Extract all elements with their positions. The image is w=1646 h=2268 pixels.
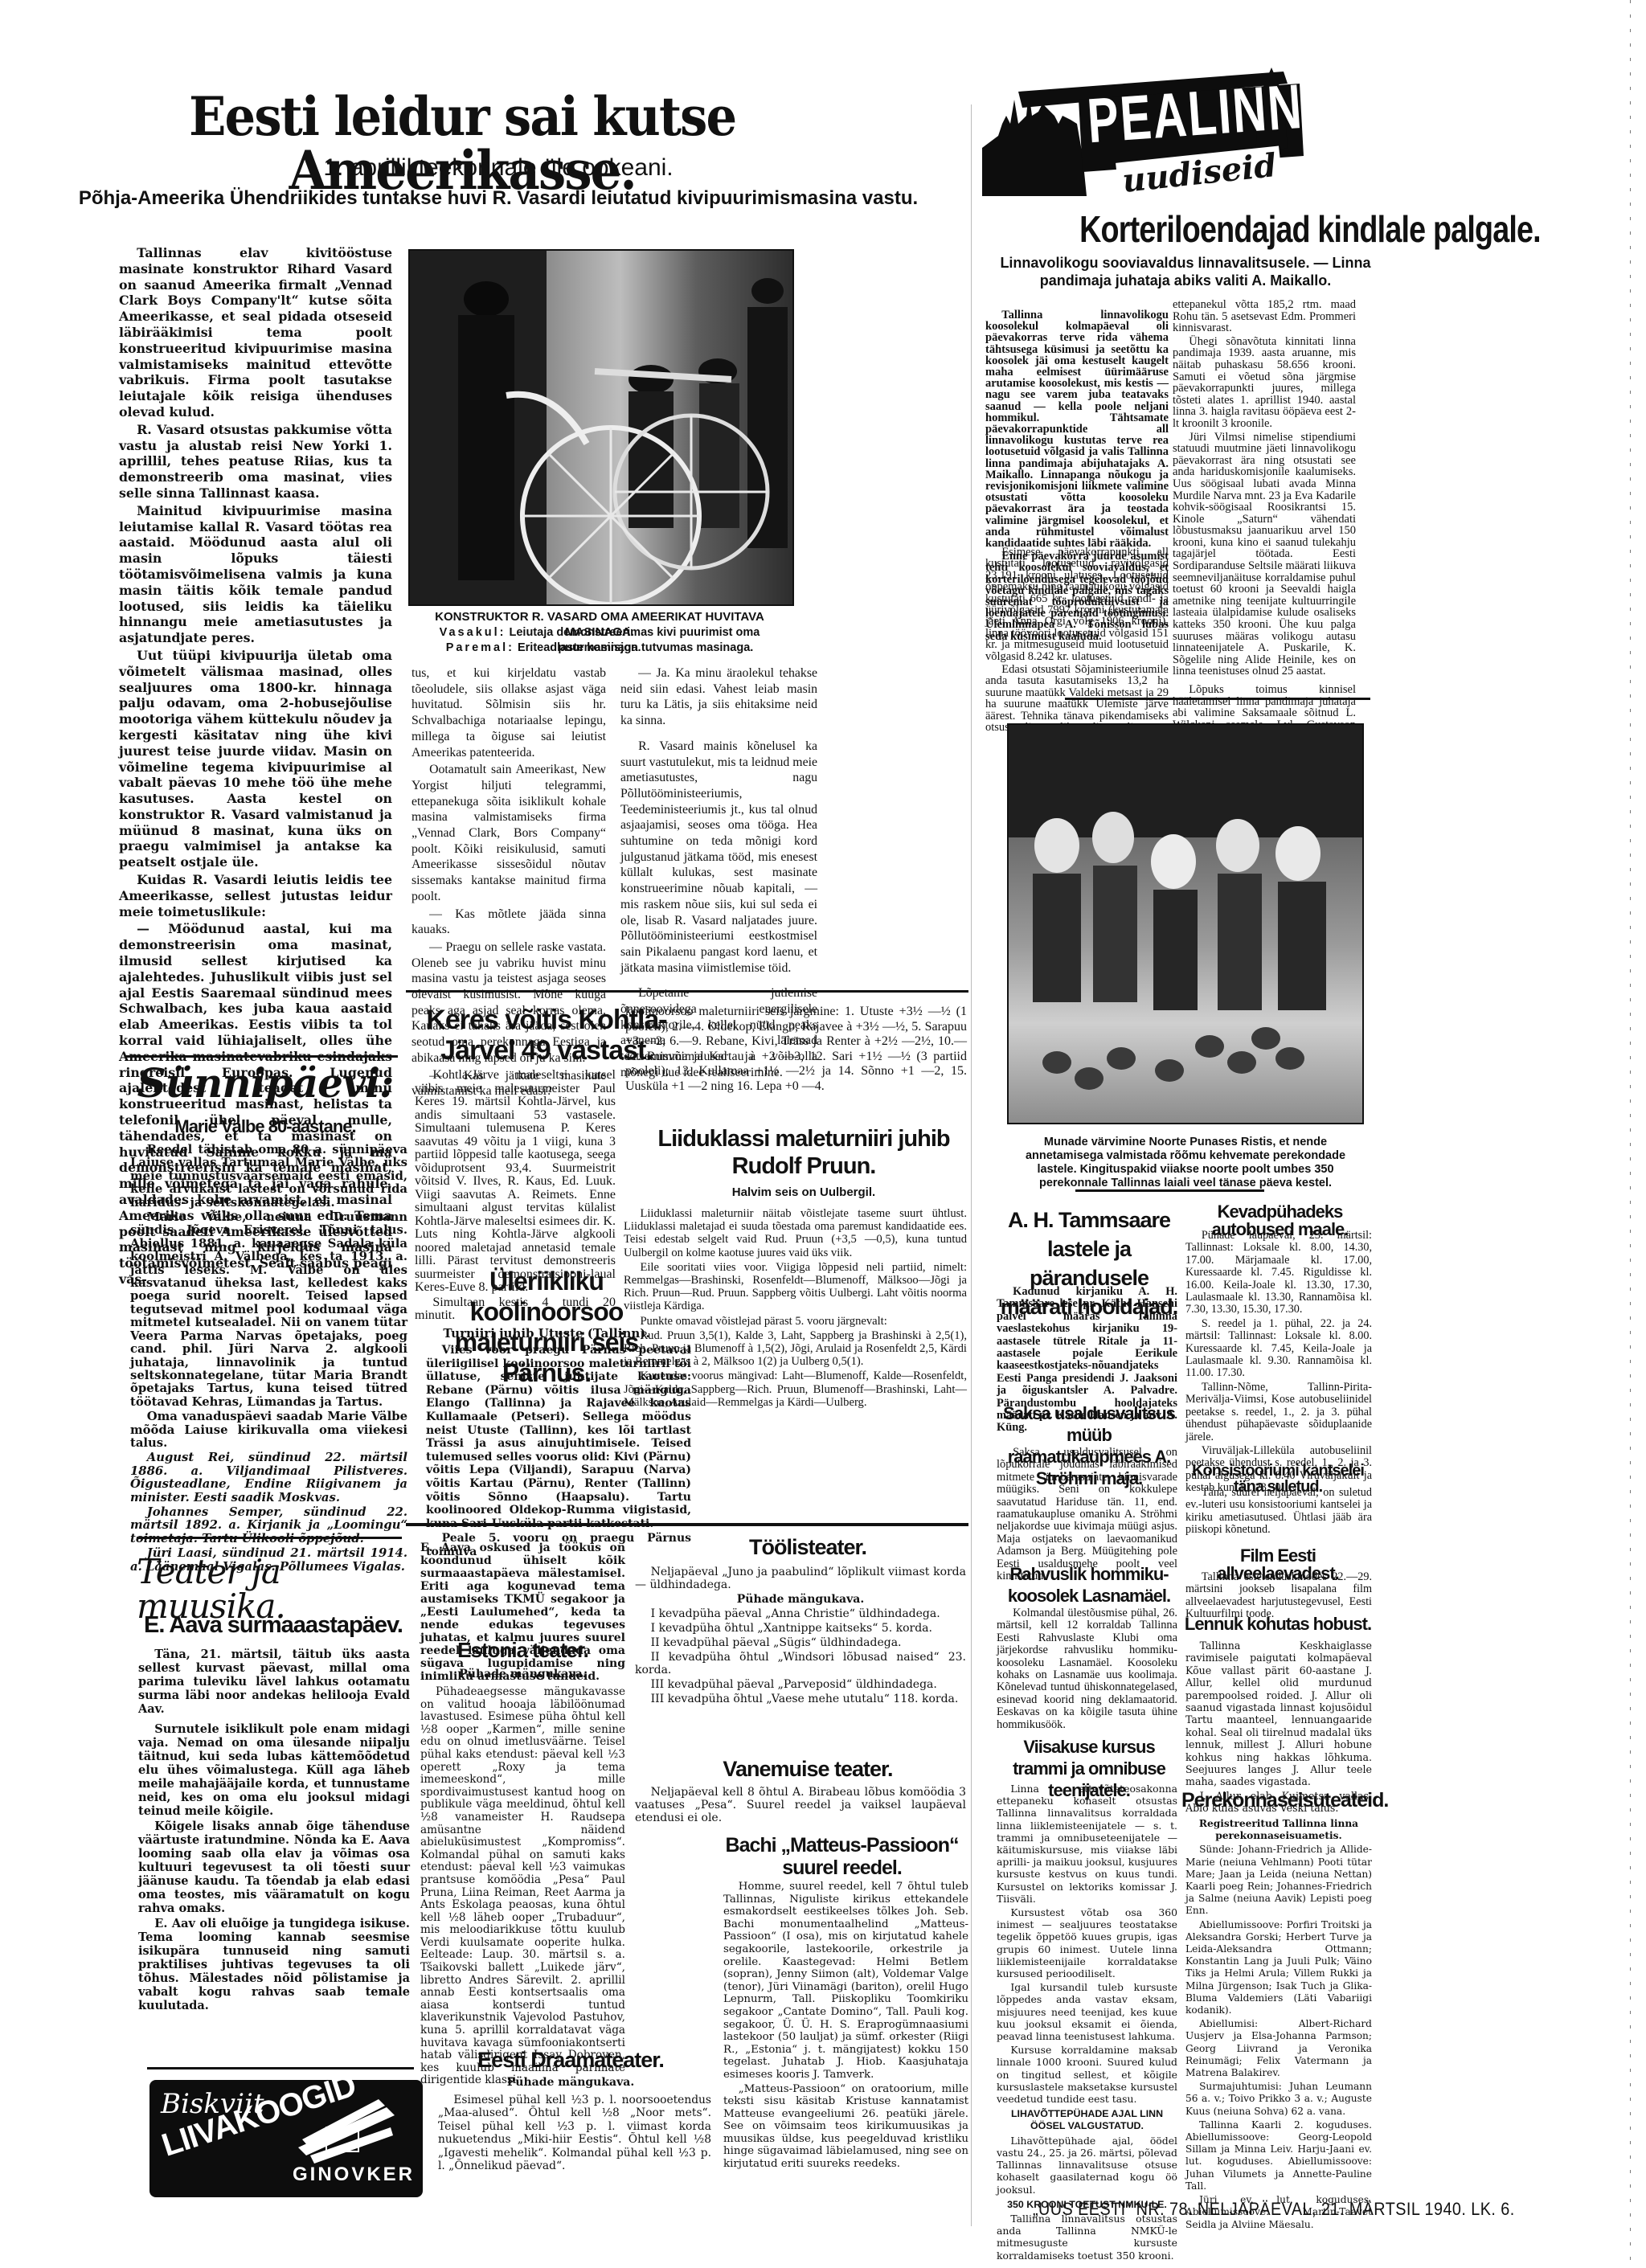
paragraph: Liiduklassi maleturniir näitab võistleja… bbox=[624, 1207, 967, 1259]
paragraph: Tallinna linnavolikogu koosolekul kolmap… bbox=[985, 309, 1169, 549]
civil-registry-subhead: Registreeritud Tallinna linna perekonnas… bbox=[1185, 1818, 1372, 1842]
paragraph: Tallinn-Nõme, Tallinn-Pirita-Merivälja-V… bbox=[1185, 1382, 1372, 1443]
wing-logo-icon bbox=[290, 2091, 403, 2172]
paragraph: Lihavõttepühade ajal, öödel vastu 24., 2… bbox=[997, 2135, 1177, 2196]
paragraph: Rud. Pruun 3,5(1), Kalde 3, Laht, Sappbe… bbox=[624, 1329, 967, 1369]
estonia-theatre-headline: Estonia teater. bbox=[420, 1640, 625, 1661]
workers-theatre-column: Neljapäeval „Juno ja paabulind“ lõplikul… bbox=[635, 1566, 966, 1705]
estonia-theatre-subhead: Pühade mängukava. bbox=[420, 1668, 625, 1681]
drama-theatre-column: Esimesel pühal kell ½3 p. l. noorsooeten… bbox=[438, 2094, 711, 2172]
paragraph: ettepanekul võtta 185,2 rtm. maad Rohu t… bbox=[1173, 299, 1356, 334]
national-meeting-column: Kolmandal ülestõusmise pühal, 26. märtsi… bbox=[997, 1607, 1177, 1731]
list-item: III kevadpühal päeval „Parveposid“ üldhi… bbox=[635, 1678, 966, 1691]
league-chess-column: Liiduklassi maleturniir näitab võistleja… bbox=[624, 1207, 967, 1409]
column-divider bbox=[971, 104, 972, 2226]
paragraph: Kuidas R. Vasardi leiutis leidis tee Ame… bbox=[119, 872, 392, 919]
paragraph: tus, et kui kirjeldatu vastab tõeoludele… bbox=[411, 665, 606, 760]
paragraph: Ootamatult sain Ameerikast, New Yorgist … bbox=[411, 762, 606, 904]
league-chess-headline: Liiduklassi maleturniiri juhib Rudolf Pr… bbox=[643, 1125, 964, 1180]
paragraph: — Ja. Ka minu äraolekul tehakse neid sii… bbox=[620, 665, 817, 729]
workers-theatre-subhead: Pühade mängukava. bbox=[635, 1593, 966, 1606]
page-footer: „UUS EESTI“ NR. 78. NELJAPÄEVAL, 21. MÄR… bbox=[1033, 2199, 1515, 2220]
paragraph: „Matteus-Passioon“ on oratoorium, mille … bbox=[723, 2083, 968, 2171]
aav-headline: E. Aava surmaaastapäev. bbox=[137, 1614, 410, 1638]
birthdays-section-title: Sünnipäevi: bbox=[121, 1062, 410, 1103]
birthdays-column: Reedel tähistab oma 80 a. sünnipäeva Lai… bbox=[130, 1144, 407, 1574]
section-divider bbox=[1075, 1189, 1264, 1192]
paragraph: Pühadeaegsesse mängukavasse on valitud h… bbox=[420, 1686, 625, 2087]
section-divider bbox=[147, 2067, 414, 2069]
bach-headline: Bachi „Matteus-Passioon“ suurel reedel. bbox=[715, 1834, 968, 1879]
school-chess-continued: koolinoorsoo maleturniiri seis järgmine:… bbox=[625, 1005, 967, 1095]
egg-painting-caption: Munade värvimine Noorte Punases Ristis, … bbox=[1005, 1136, 1366, 1190]
paragraph: Uut tüüpi kivipuurija ületab oma võimete… bbox=[119, 648, 392, 870]
paragraph: Täna, 21. märtsil, täitub üks aasta sell… bbox=[138, 1648, 410, 1716]
workers-theatre-headline: Töölisteater. bbox=[651, 1537, 964, 1559]
paragraph: Eile sooritati viies voor. Viigiga lõppe… bbox=[624, 1261, 967, 1313]
paragraph: Esimesel pühal kell ½3 p. l. noorsooeten… bbox=[438, 2094, 711, 2172]
section-divider bbox=[1065, 698, 1370, 700]
civil-registry-headline: Perekonnaseisuteateid. bbox=[1181, 1791, 1374, 1812]
league-chess-subhead: Halvim seis on Uulbergil. bbox=[643, 1185, 964, 1199]
list-item: I kevadpüha päeval „Anna Christie“ üldhi… bbox=[635, 1607, 966, 1620]
paragraph: Neljapäeval kell 8 õhtul A. Birabeau lõb… bbox=[635, 1786, 966, 1824]
paragraph: Neljapäeval „Juno ja paabulind“ lõplikul… bbox=[635, 1566, 966, 1591]
caption-label-left: Vasakul: bbox=[440, 626, 506, 639]
national-meeting-headline: Rahvuslik hommiku-koosolek Lasnamäel. bbox=[997, 1563, 1181, 1607]
paragraph: Kohtla-Järve maleseltsi kutsel viibis me… bbox=[415, 1069, 616, 1295]
civil-registry-column: Registreeritud Tallinna linna perekonnas… bbox=[1185, 1818, 1372, 2231]
paragraph: Punkte omavad võistlejad pärast 5. vooru… bbox=[624, 1315, 967, 1328]
paragraph: August Rei, sündinud 22. märtsil 1886. a… bbox=[130, 1451, 407, 1504]
list-item: II kevadpühal päeval „Sügis“ üldhindadeg… bbox=[635, 1636, 966, 1649]
biscuit-advertisement: Biskviit LIIVAKOOGID GINOVKER bbox=[149, 2080, 423, 2197]
bach-column: Homme, suurel reedel, kell 7 õhtul tuleb… bbox=[723, 1881, 968, 2171]
lead-subhead-detail: Põhja-Ameerika Ühendriikides tuntakse hu… bbox=[56, 187, 940, 210]
drama-theatre-headline: Eesti Draamateater. bbox=[422, 2049, 719, 2072]
paragraph: R. Vasard mainis kõnelusel ka suurt vast… bbox=[620, 739, 817, 976]
holiday-buses-column: Pühade laupäeval, 23. märtsil: Tallinnas… bbox=[1185, 1230, 1372, 1495]
paragraph: Kõigele lisaks annab õige tähenduse väär… bbox=[138, 1820, 410, 1915]
capital-news-subhead: Linnavolikogu sooviavaldus linnavalitsus… bbox=[997, 254, 1374, 289]
paragraph: Kuuendas voorus mängivad: Laht—Blumenoff… bbox=[624, 1369, 967, 1409]
paragraph: Oma vanaduspäevi saadab Marie Välbe mõõd… bbox=[130, 1410, 407, 1450]
section-divider bbox=[125, 1055, 398, 1058]
paragraph: Kursustest võtab osa 360 inimest — sealj… bbox=[997, 1906, 1177, 1979]
paragraph: E. Aav oli eluõige ja tungidega isikuse.… bbox=[138, 1917, 410, 2012]
photo-illustration bbox=[410, 251, 792, 604]
paragraph: Reedel tähistab oma 80 a. sünnipäeva Lai… bbox=[130, 1144, 407, 1210]
birthday-headline: Marie Välbe 80-aastane. bbox=[121, 1118, 410, 1136]
capital-news-headline: Korteriloendajad kindlale palgale. bbox=[1046, 211, 1574, 248]
capital-news-column-2: ettepanekul võtta 185,2 rtm. maad Rohu t… bbox=[1173, 299, 1356, 778]
paragraph: koolinoorsoo maleturniiri seis järgmine:… bbox=[625, 1005, 967, 1095]
paragraph: Tallinna linnavalitsus otsustas anda Tal… bbox=[997, 2213, 1177, 2262]
list-item: II kevadpüha õhtul „Windsori lõbusad nai… bbox=[635, 1651, 966, 1676]
section-divider bbox=[406, 990, 968, 993]
paragraph: S. reedel ja 1. pühal, 22. ja 24. märtsi… bbox=[1185, 1318, 1372, 1380]
paragraph: Esimese päevakorrapunkti all kustutati l… bbox=[985, 547, 1169, 662]
paragraph: Abiellumissoove: Porfiri Troitski ja Ale… bbox=[1185, 1919, 1372, 2017]
lead-subhead-date: 1. aprillil teekonnale üle ookeani. bbox=[48, 154, 948, 182]
egg-painting-photo bbox=[1007, 723, 1364, 1124]
paragraph: Surmajuhtumisi: Juhan Leumann 56 a. v.; … bbox=[1185, 2081, 1372, 2118]
paragraph: Linna ettevõteteosakonna ettepaneku koha… bbox=[997, 1783, 1177, 1905]
paragraph: Marie Välbe, neiuna Truusmann sündis Jõg… bbox=[130, 1211, 407, 1409]
paragraph: Abiellumisi: Albert-Richard Uusjerv ja E… bbox=[1185, 2018, 1372, 2079]
inventor-machine-photo bbox=[408, 249, 794, 606]
paragraph: Homme, suurel reedel, kell 7 õhtul tuleb… bbox=[723, 1881, 968, 2082]
consistory-column: Täna, suurel neljapäeval, on suletud ev.… bbox=[1185, 1487, 1372, 1537]
caption-label-right: Paremal: bbox=[446, 641, 514, 654]
paragraph: Johannes Semper, sündinud 22. märtsil 18… bbox=[130, 1506, 407, 1545]
list-item: I kevadpüha õhtul „Xantnippe kaitseks“ 5… bbox=[635, 1622, 966, 1635]
ad-maker-line: GINOVKER bbox=[293, 2164, 415, 2186]
paragraph: Igal kursandil tuleb kursuste lõppedes a… bbox=[997, 1981, 1177, 2042]
lead-headline: Eesti leidur sai kutse Ameerikasse. bbox=[48, 90, 876, 199]
estonia-theatre-column: Pühadeaegsesse mängukavasse on valitud h… bbox=[420, 1686, 625, 2087]
paragraph: Sünde: Johann-Friedrich ja Allide-Marie … bbox=[1185, 1844, 1372, 1917]
paragraph: Surnutele isiklikult pole enam midagi va… bbox=[138, 1722, 410, 1818]
paragraph: Täna, suurel neljapäeval, on suletud ev.… bbox=[1185, 1487, 1372, 1537]
paragraph: Pühade laupäeval, 23. märtsil: Tallinnas… bbox=[1185, 1230, 1372, 1316]
aav-column: Täna, 21. märtsil, täitub üks aasta sell… bbox=[138, 1648, 410, 2012]
easter-lights-subhead: LIHAVÕTTEPÜHADE AJAL LINN ÖÖSEL VALGUSTA… bbox=[997, 2108, 1177, 2132]
capital-news-column-1b: Esimese päevakorrapunkti all kustutati l… bbox=[985, 547, 1169, 734]
lead-photo-caption-right: Paremal: Eriteadlaste komisjon tutvumas … bbox=[408, 641, 791, 656]
paragraph: Tallinna Kaarli 2. koguduses. Abiellumis… bbox=[1185, 2119, 1372, 2192]
paragraph: Ühegi sõnavõtuta kinnitati linna pandima… bbox=[1173, 336, 1356, 430]
caption-text-right: Eriteadlaste komisjon tutvumas masinaga. bbox=[518, 641, 753, 654]
drama-theatre-subhead: Pühade mängukava. bbox=[422, 2076, 719, 2089]
vanemuine-headline: Vanemuise teater. bbox=[651, 1758, 964, 1781]
page-edge bbox=[1630, 0, 1631, 2268]
list-item: III kevadpüha õhtul „Vaese mehe ututalu“… bbox=[635, 1693, 966, 1705]
paragraph: Mainitud kivipuurimise masina leiutamise… bbox=[119, 503, 392, 646]
vanemuine-column: Neljapäeval kell 8 õhtul A. Birabeau lõb… bbox=[635, 1786, 966, 1824]
paragraph: R. Vasard otsustas pakkumise võtta vastu… bbox=[119, 422, 392, 501]
courtesy-course-column: Linna ettevõteteosakonna ettepaneku koha… bbox=[997, 1783, 1177, 2262]
paragraph: Kolmandal ülestõusmise pühal, 26. märtsi… bbox=[997, 1607, 1177, 1731]
paragraph: — Kas mõtlete jääda sinna kauaks. bbox=[411, 907, 606, 938]
paragraph: Tallinnas elav kivitööstuse masinate kon… bbox=[119, 245, 392, 420]
plane-horse-headline: Lennuk kohutas hobust. bbox=[1181, 1615, 1374, 1633]
photo-illustration bbox=[1009, 725, 1362, 1123]
paragraph: Tallinna Keskhaiglasse ravimisele paigut… bbox=[1185, 1640, 1372, 1788]
paragraph: Jüri Vilmsi nimelise stipendiumi statuud… bbox=[1173, 432, 1356, 678]
capital-news-banner: PEALINNA uudiseid bbox=[982, 68, 1316, 196]
paragraph: Kursuse korraldamine maksab linnale 1000… bbox=[997, 2044, 1177, 2105]
